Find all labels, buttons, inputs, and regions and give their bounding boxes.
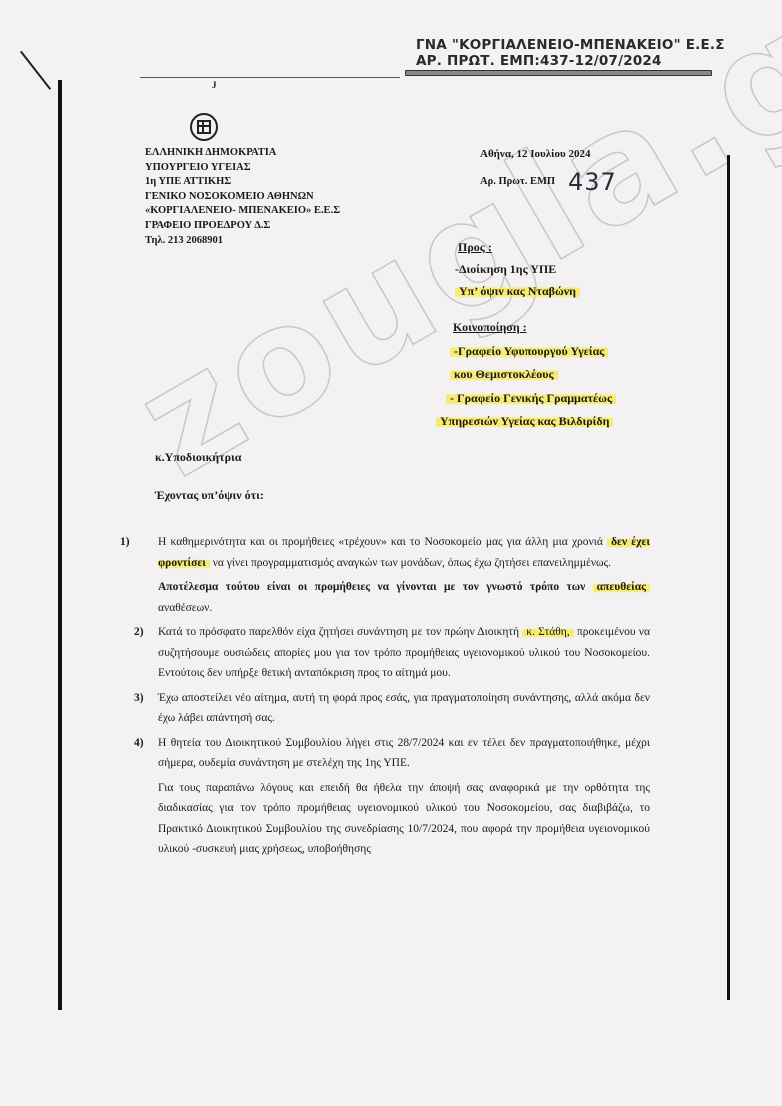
highlighted-text: κ. Στάθη, — [522, 626, 573, 638]
coat-of-arms-icon — [190, 113, 218, 141]
item-text: Έχω αποστείλει νέο αίτημα, αυτή τη φορά … — [158, 692, 650, 725]
sender-line: ΕΛΛΗΝΙΚΗ ΔΗΜΟΚΡΑΤΙΑ — [145, 146, 340, 161]
margin-mark: J — [212, 80, 217, 90]
recipients-block: Προς : -Διοίκηση 1ης ΥΠΕ Υπ’ όψιν κας Ντ… — [455, 236, 580, 302]
recipient-line: Υπ’ όψιν κας Νταβώνη — [455, 284, 580, 298]
cc-line: Υπηρεσιών Υγείας κας Βιλδιρίδη — [436, 414, 613, 428]
salutation: κ.Υποδιοικήτρια — [155, 450, 241, 465]
recipient-line: -Διοίκηση 1ης ΥΠΕ — [455, 258, 580, 280]
item-number: 3) — [134, 688, 144, 709]
list-item: 2) Κατά το πρόσφατο παρελθόν είχα ζητήσε… — [120, 622, 650, 684]
item-number: 4) — [134, 733, 144, 754]
item-text: Η καθημερινότητα και οι προμήθειες «τρέχ… — [158, 536, 607, 548]
sender-line: ΓΡΑΦΕΙΟ ΠΡΟΕΔΡΟΥ Δ.Σ — [145, 219, 340, 234]
item-text: Η θητεία του Διοικητικού Συμβουλίου λήγε… — [158, 737, 650, 770]
item-text: Αποτέλεσμα τούτου είναι οι προμήθειες να… — [158, 581, 593, 593]
cc-line: - Γραφείο Γενικής Γραμματέως — [446, 391, 616, 405]
sender-line: ΓΕΝΙΚΟ ΝΟΣΟΚΟΜΕΙΟ ΑΘΗΝΩΝ — [145, 190, 340, 205]
stamp-underline — [405, 70, 712, 76]
sender-line: ΥΠΟΥΡΓΕΙΟ ΥΓΕΙΑΣ — [145, 161, 340, 176]
protocol-stamp: ΓΝΑ "ΚΟΡΓΙΑΛΕΝΕΙΟ-ΜΠΕΝΑΚΕΙΟ" Ε.Ε.Σ ΑΡ. Π… — [416, 37, 725, 69]
list-item: 3) Έχω αποστείλει νέο αίτημα, αυτή τη φο… — [120, 688, 650, 729]
list-item: 1) Η καθημερινότητα και οι προμήθειες «τ… — [120, 532, 650, 573]
list-item: 4) Η θητεία του Διοικητικού Συμβουλίου λ… — [120, 733, 650, 774]
cc-block: Κοινοποίηση : -Γραφείο Υφυπουργού Υγείας… — [450, 316, 616, 434]
top-divider — [140, 77, 400, 78]
cc-line: -Γραφείο Υφυπουργού Υγείας — [450, 344, 608, 358]
item-paragraph: Αποτέλεσμα τούτου είναι οι προμήθειες να… — [120, 577, 650, 618]
sender-line: Τηλ. 213 2068901 — [145, 234, 340, 249]
letter-date: Αθήνα, 12 Ιουλίου 2024 — [480, 148, 591, 160]
highlighted-text: απευθείας — [593, 581, 650, 593]
right-scan-border — [727, 155, 730, 1000]
item-number: 2) — [134, 622, 144, 643]
item-number: 1) — [120, 532, 130, 553]
cc-line: κου Θεμιστοκλέους — [450, 367, 558, 381]
intro-line: Έχοντας υπ’όψιν ότι: — [155, 488, 264, 503]
sender-line: «ΚΟΡΓΙΑΛΕΝΕΙΟ- ΜΠΕΝΑΚΕΙΟ» Ε.Ε.Σ — [145, 204, 340, 219]
stamp-line-2: ΑΡ. ΠΡΩΤ. ΕΜΠ:437-12/07/2024 — [416, 53, 725, 69]
sender-block: ΕΛΛΗΝΙΚΗ ΔΗΜΟΚΡΑΤΙΑ ΥΠΟΥΡΓΕΙΟ ΥΓΕΙΑΣ 1η … — [145, 146, 340, 248]
item-text: να γίνει προγραμματισμός αναγκών των μον… — [210, 557, 611, 569]
item-text: Κατά το πρόσφατο παρελθόν είχα ζητήσει σ… — [158, 626, 522, 638]
item-text: αναθέσεων. — [158, 602, 212, 614]
recipients-label: Προς : — [455, 236, 580, 258]
stamp-line-1: ΓΝΑ "ΚΟΡΓΙΑΛΕΝΕΙΟ-ΜΠΕΝΑΚΕΙΟ" Ε.Ε.Σ — [416, 37, 725, 53]
cc-label: Κοινοποίηση : — [450, 316, 616, 340]
scan-diagonal-line — [20, 51, 51, 90]
protocol-label: Αρ. Πρωτ. ΕΜΠ — [480, 176, 555, 187]
closing-paragraph: Για τους παραπάνω λόγους και επειδή θα ή… — [120, 778, 650, 860]
left-scan-border — [58, 80, 62, 1010]
sender-line: 1η ΥΠΕ ΑΤΤΙΚΗΣ — [145, 175, 340, 190]
handwritten-protocol-number: 437 — [568, 168, 617, 196]
letter-body: 1) Η καθημερινότητα και οι προμήθειες «τ… — [120, 532, 650, 860]
